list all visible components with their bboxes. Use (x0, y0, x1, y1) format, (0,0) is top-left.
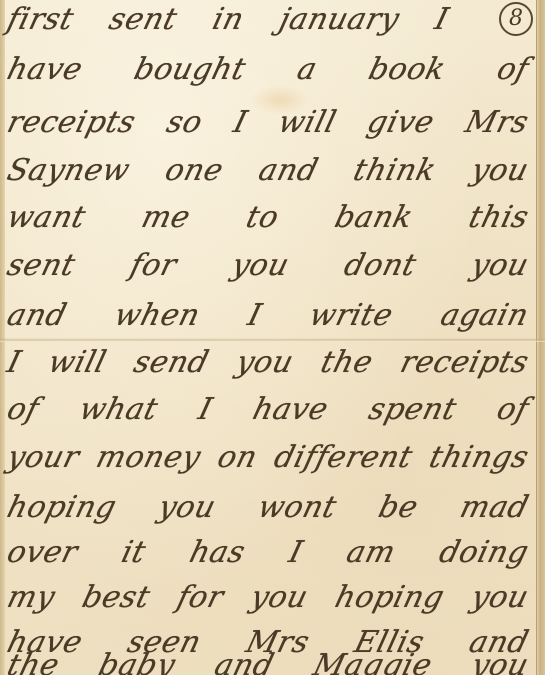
handwritten-word: things (426, 440, 533, 475)
text-line: thebabyandMaggieyou (4, 648, 533, 675)
handwritten-word: hoping (332, 580, 448, 615)
handwritten-word: will (275, 105, 340, 140)
handwritten-word: think (350, 153, 440, 188)
handwritten-word: has (186, 535, 249, 570)
handwritten-word: write (306, 298, 397, 333)
handwritten-word: receipts (4, 105, 140, 140)
handwritten-word: me (138, 200, 194, 235)
handwritten-word: your (4, 440, 83, 475)
handwritten-word: I (230, 105, 251, 140)
handwritten-word: different (271, 440, 416, 475)
letter-page: 8 firstsentinjanuaryIhaveboughtabookofre… (0, 0, 545, 675)
handwritten-word: you (468, 153, 533, 188)
handwritten-word: give (364, 105, 438, 140)
handwritten-word: spent (365, 392, 460, 427)
handwritten-word: mad (457, 490, 533, 525)
handwritten-word: you (233, 345, 298, 380)
text-line: wantmetobankthis (4, 200, 533, 235)
handwritten-word: Maggie (310, 648, 436, 675)
handwritten-word: of (4, 392, 43, 427)
handwritten-word: one (162, 153, 227, 188)
handwritten-word: dont (341, 248, 420, 283)
handwritten-word: and (255, 153, 322, 188)
handwritten-word: I (285, 535, 306, 570)
handwritten-word: best (79, 580, 154, 615)
handwritten-word: you (228, 248, 293, 283)
handwritten-word: of (493, 392, 532, 427)
handwritten-word: this (465, 200, 532, 235)
handwritten-word: sent (106, 2, 181, 37)
handwritten-word: for (127, 248, 181, 283)
handwritten-word: you (155, 490, 220, 525)
text-line: Iwillsendyouthereceipts (4, 345, 533, 380)
handwritten-word: I (195, 392, 216, 427)
handwritten-word: over (4, 535, 82, 570)
handwritten-word: have (4, 52, 87, 87)
handwritten-word: and (211, 648, 278, 675)
handwritten-word: first (4, 2, 78, 37)
handwritten-word: hoping (4, 490, 120, 525)
handwritten-word: on (214, 440, 261, 475)
handwritten-word: a (294, 52, 321, 87)
handwritten-word: when (111, 298, 204, 333)
handwritten-word: bank (331, 200, 416, 235)
text-line: mybestforyouhopingyou (4, 580, 533, 615)
handwritten-word: baby (95, 648, 179, 675)
text-line: hopingyouwontbemad (4, 490, 533, 525)
handwritten-word: will (45, 345, 110, 380)
handwritten-word: it (118, 535, 149, 570)
handwritten-word: of (493, 52, 532, 87)
handwritten-word: be (375, 490, 422, 525)
handwritten-word: to (243, 200, 283, 235)
text-line: sentforyoudontyou (4, 248, 533, 283)
handwritten-word: and (4, 298, 71, 333)
handwritten-word: the (4, 648, 63, 675)
handwritten-word: january (276, 2, 403, 37)
handwritten-word: doing (436, 535, 533, 570)
handwritten-word: money (93, 440, 205, 475)
handwritten-word: what (76, 392, 162, 427)
handwritten-word: for (174, 580, 228, 615)
text-line: andwhenIwriteagain (4, 298, 533, 333)
handwritten-word: my (4, 580, 59, 615)
handwritten-word: again (437, 298, 532, 333)
text-line: overithasIamdoing (4, 535, 533, 570)
text-line: yourmoneyondifferentthings (4, 440, 533, 475)
handwritten-word: you (247, 580, 312, 615)
handwritten-word: I (4, 345, 25, 380)
text-line: ofwhatIhavespentof (4, 392, 533, 427)
handwritten-word: you (468, 580, 533, 615)
handwritten-word: you (468, 248, 533, 283)
handwritten-word: wont (254, 490, 340, 525)
text-line: receiptssoIwillgiveMrs (4, 105, 533, 140)
handwritten-word: am (343, 535, 399, 570)
handwritten-word: I (244, 298, 265, 333)
handwritten-word: receipts (397, 345, 533, 380)
handwritten-word: want (4, 200, 90, 235)
handwritten-word: so (163, 105, 206, 140)
handwritten-word: I (431, 2, 452, 37)
text-line: firstsentinjanuaryI (4, 2, 453, 37)
handwritten-word: bought (131, 52, 250, 87)
handwritten-word: Saynew (4, 153, 134, 188)
text-line: haveboughtabookof (4, 52, 533, 87)
handwritten-word: sent (4, 248, 79, 283)
handwritten-word: Mrs (462, 105, 533, 140)
handwritten-word: in (209, 2, 248, 37)
page-number-circled: 8 (499, 2, 533, 36)
fold-crease (0, 338, 545, 342)
handwritten-word: the (317, 345, 376, 380)
handwritten-word: send (130, 345, 212, 380)
handwritten-word: have (249, 392, 332, 427)
handwritten-word: you (468, 648, 533, 675)
text-line: Saynewoneandthinkyou (4, 153, 533, 188)
handwritten-word: book (365, 52, 449, 87)
